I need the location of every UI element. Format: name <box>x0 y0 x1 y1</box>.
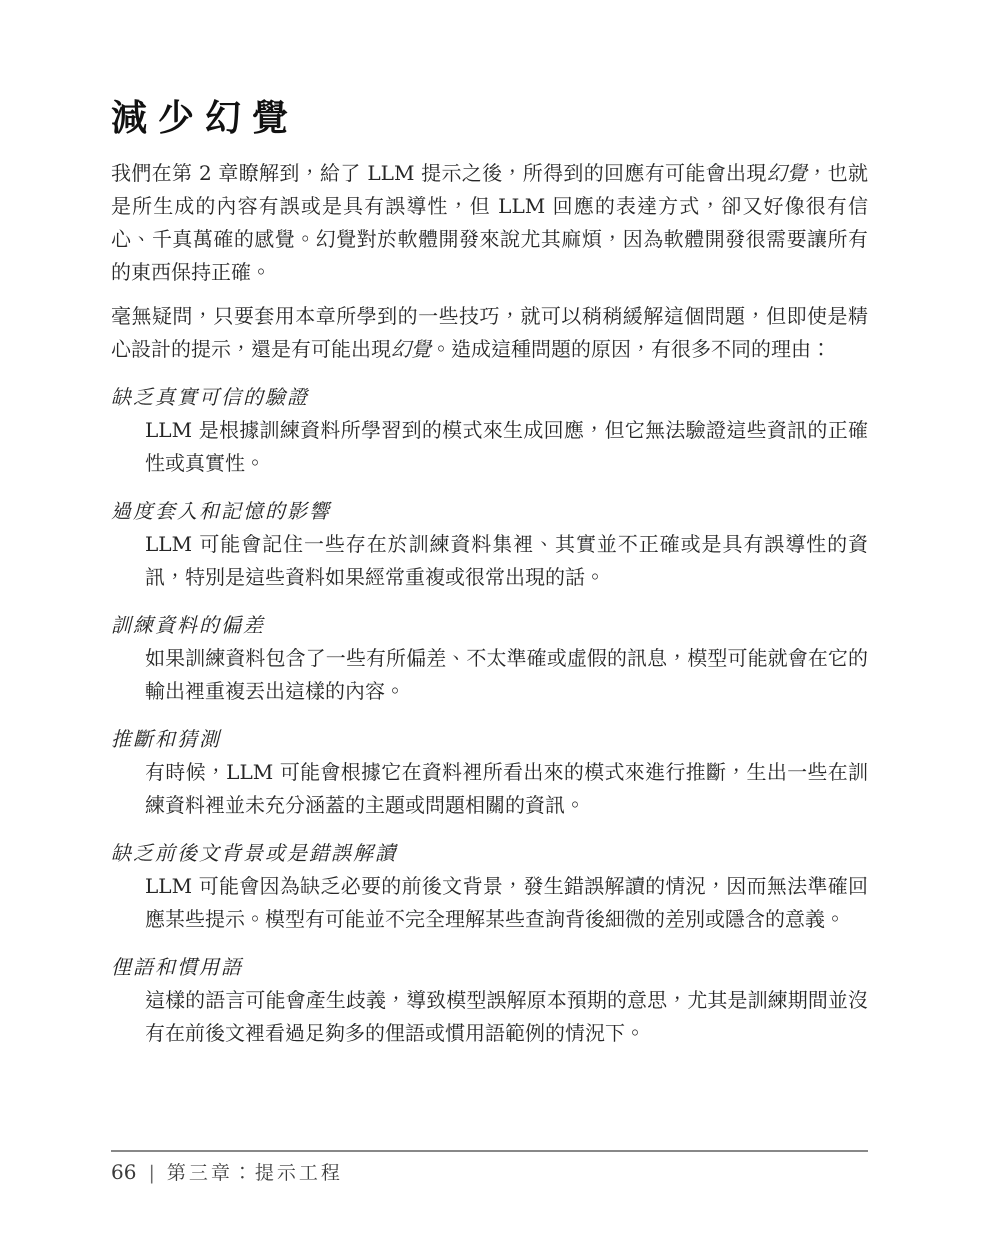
cause-term: 推斷和猜測 <box>111 723 868 756</box>
intro-paragraph: 毫無疑問，只要套用本章所學到的一些技巧，就可以稍稍緩解這個問題，但即使是精心設計… <box>111 300 868 366</box>
cause-term: 過度套入和記憶的影響 <box>111 495 868 528</box>
cause-term: 訓練資料的偏差 <box>111 609 868 642</box>
hallucination-emphasis: 幻覺 <box>391 337 431 361</box>
cause-term: 缺乏真實可信的驗證 <box>111 381 868 414</box>
text-segment: 我們在第 2 章瞭解到，給了 LLM 提示之後，所得到的回應有可能會出現 <box>111 161 767 185</box>
page-title: 減少幻覺 <box>111 99 868 139</box>
footer-separator: | <box>148 1161 154 1185</box>
intro-paragraph: 我們在第 2 章瞭解到，給了 LLM 提示之後，所得到的回應有可能會出現幻覺，也… <box>111 157 868 289</box>
cause-definition: LLM 可能會因為缺乏必要的前後文背景，發生錯誤解讀的情況，因而無法準確回應某些… <box>145 870 868 936</box>
cause-definition: 這樣的語言可能會產生歧義，導致模型誤解原本預期的意思，尤其是訓練期間並沒有在前後… <box>145 984 868 1050</box>
cause-definition: LLM 可能會記住一些存在於訓練資料集裡、其實並不正確或是具有誤導性的資訊，特別… <box>145 528 868 594</box>
cause-term: 俚語和慣用語 <box>111 951 868 984</box>
cause-definition: LLM 是根據訓練資料所學習到的模式來生成回應，但它無法驗證這些資訊的正確性或真… <box>145 414 868 480</box>
page-footer: 66 | 第三章：提示工程 <box>111 1150 868 1185</box>
page-number: 66 <box>111 1160 136 1184</box>
cause-definition: 有時候，LLM 可能會根據它在資料裡所看出來的模式來進行推斷，生出一些在訓練資料… <box>145 756 868 822</box>
chapter-title: 第三章：提示工程 <box>167 1161 343 1185</box>
cause-term: 缺乏前後文背景或是錯誤解讀 <box>111 837 868 870</box>
causes-list: 缺乏真實可信的驗證 LLM 是根據訓練資料所學習到的模式來生成回應，但它無法驗證… <box>111 381 868 1050</box>
book-page: 減少幻覺 我們在第 2 章瞭解到，給了 LLM 提示之後，所得到的回應有可能會出… <box>0 0 1000 1243</box>
hallucination-emphasis: 幻覺 <box>767 161 808 185</box>
cause-definition: 如果訓練資料包含了一些有所偏差、不太準確或虛假的訊息，模型可能就會在它的輸出裡重… <box>145 642 868 708</box>
page-content: 減少幻覺 我們在第 2 章瞭解到，給了 LLM 提示之後，所得到的回應有可能會出… <box>111 0 868 1050</box>
text-segment: 。造成這種問題的原因，有很多不同的理由： <box>431 337 831 361</box>
